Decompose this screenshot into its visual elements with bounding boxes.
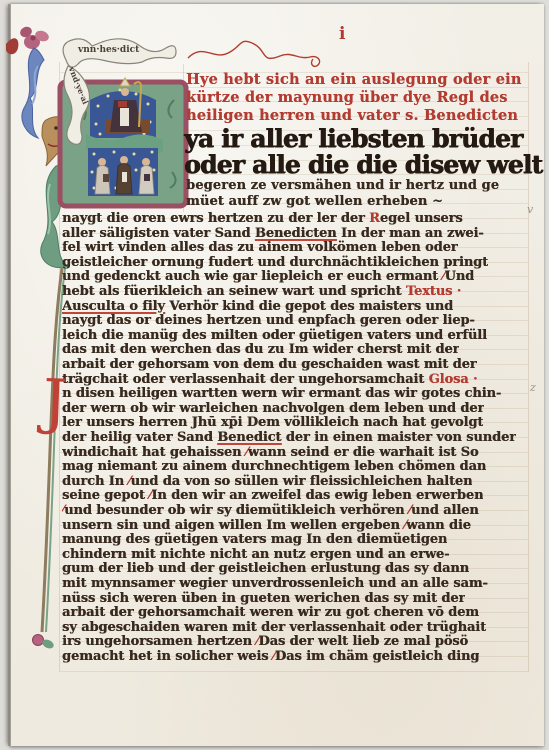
body-text-line: irs ungehorsamen hertzen ⁄Das der welt l… <box>62 634 468 649</box>
body-text-line: gemacht het in solicher weis ⁄Das im chä… <box>62 649 479 664</box>
body-text-line: hebt als füerikleich an seinew wart und … <box>62 284 461 299</box>
body-text-line: und gedenckt auch wie gar liepleich er e… <box>62 269 474 284</box>
rubric-line: Hye hebt sich an ein auslegung oder ein <box>186 71 522 89</box>
folio-number: i <box>339 24 345 44</box>
body-text-line: arbait der gehorsam von dem du geschaide… <box>62 357 477 372</box>
body-text-line: Ausculta o fily Verhör kind die gepot de… <box>62 299 453 314</box>
margin-check-mark: v <box>527 203 533 216</box>
display-line: ya ir aller liebsten brüder <box>184 124 522 150</box>
body-text-line: fel wirt vinden alles das zu ainem volkö… <box>62 240 458 255</box>
body-text-line: n disen heiligen wartten wern wir ermant… <box>62 386 501 401</box>
body-text-line: gum der lieb und der geistleichen erlust… <box>62 561 469 576</box>
body-text-line: sy abgeschaiden waren mit der verlassenh… <box>62 620 486 635</box>
body-text-line: unsern sin und aigen willen Im wellen er… <box>62 518 471 533</box>
body-text-line: aller säligisten vater Sand Benedicten I… <box>62 226 484 241</box>
body-text-line: geistleicher ornung fudert und durchnäch… <box>62 255 488 270</box>
body-text-line: mag niemant zu ainem durchnechtigem lebe… <box>62 459 486 474</box>
intro-line: begeren ze versmähen und ir hertz und ge <box>186 178 499 193</box>
body-text-line: seine gepot ⁄In den wir an zweifel das e… <box>62 488 483 503</box>
margin-squiggle-mark: z <box>530 381 536 394</box>
body-text-line: ⁄und besunder ob wir sy diemütikleich ve… <box>62 503 479 518</box>
body-text-line: ler unsers herren Jhū xp̄i Dem völliklei… <box>62 415 483 430</box>
body-text-line: naygt die oren ewrs hertzen zu der ler d… <box>62 211 463 226</box>
red-curl-ornament <box>6 38 18 54</box>
body-text-line: durch In ⁄und da von so süllen wir fleis… <box>62 474 472 489</box>
body-text-line: trägchait oder verlassenhait der ungehor… <box>62 372 477 387</box>
rubric-line: kürtze der maynung über dye Regl des <box>186 89 508 107</box>
display-line: oder alle die die disew welt <box>184 150 542 176</box>
body-text-line: manung des güetigen vaters mag In den di… <box>62 532 447 547</box>
scroll-text-upper: vnn·hes·dict <box>77 45 140 55</box>
ruled-line <box>60 671 528 672</box>
body-text-line: das mit den werchen das du zu Im wider c… <box>62 342 459 357</box>
stem-end-bud <box>33 635 56 651</box>
intro-line: müet auff zw got wellen erheben ~ <box>186 194 443 209</box>
body-text-line: der wern ob wir warleichen nachvolgen de… <box>62 401 484 416</box>
body-text-line: nüss sich weren üben in gueten werichen … <box>62 591 465 606</box>
body-text-line: windichait hat gehaissen ⁄wann seind er … <box>62 445 479 460</box>
body-text-line: der heilig vater Sand Benedict der in ei… <box>62 430 516 445</box>
red-flourish <box>186 36 338 68</box>
body-text-line: mit mynnsamer wegier unverdrossenleich u… <box>62 576 488 591</box>
manuscript-scan: vnn·hes·dict vnd·ye·ai i Hye hebt sich a… <box>0 0 549 750</box>
marginal-red-initial: J <box>42 372 68 433</box>
three-monks-figures <box>95 156 154 194</box>
body-text-line: chindern mit nichte nicht an nutz ergen … <box>62 547 449 562</box>
body-text-line: naygt das or deines hertzen und enpfach … <box>62 313 475 328</box>
body-text-line: leich die manüg des milten oder güetigen… <box>62 328 487 343</box>
body-text-line: arbait der gehorsamchait weren wir zu go… <box>62 605 479 620</box>
rubric-line: heiligen herren und vater s. Benedicten <box>186 107 518 125</box>
banner-scroll: vnn·hes·dict vnd·ye·ai <box>38 26 198 158</box>
